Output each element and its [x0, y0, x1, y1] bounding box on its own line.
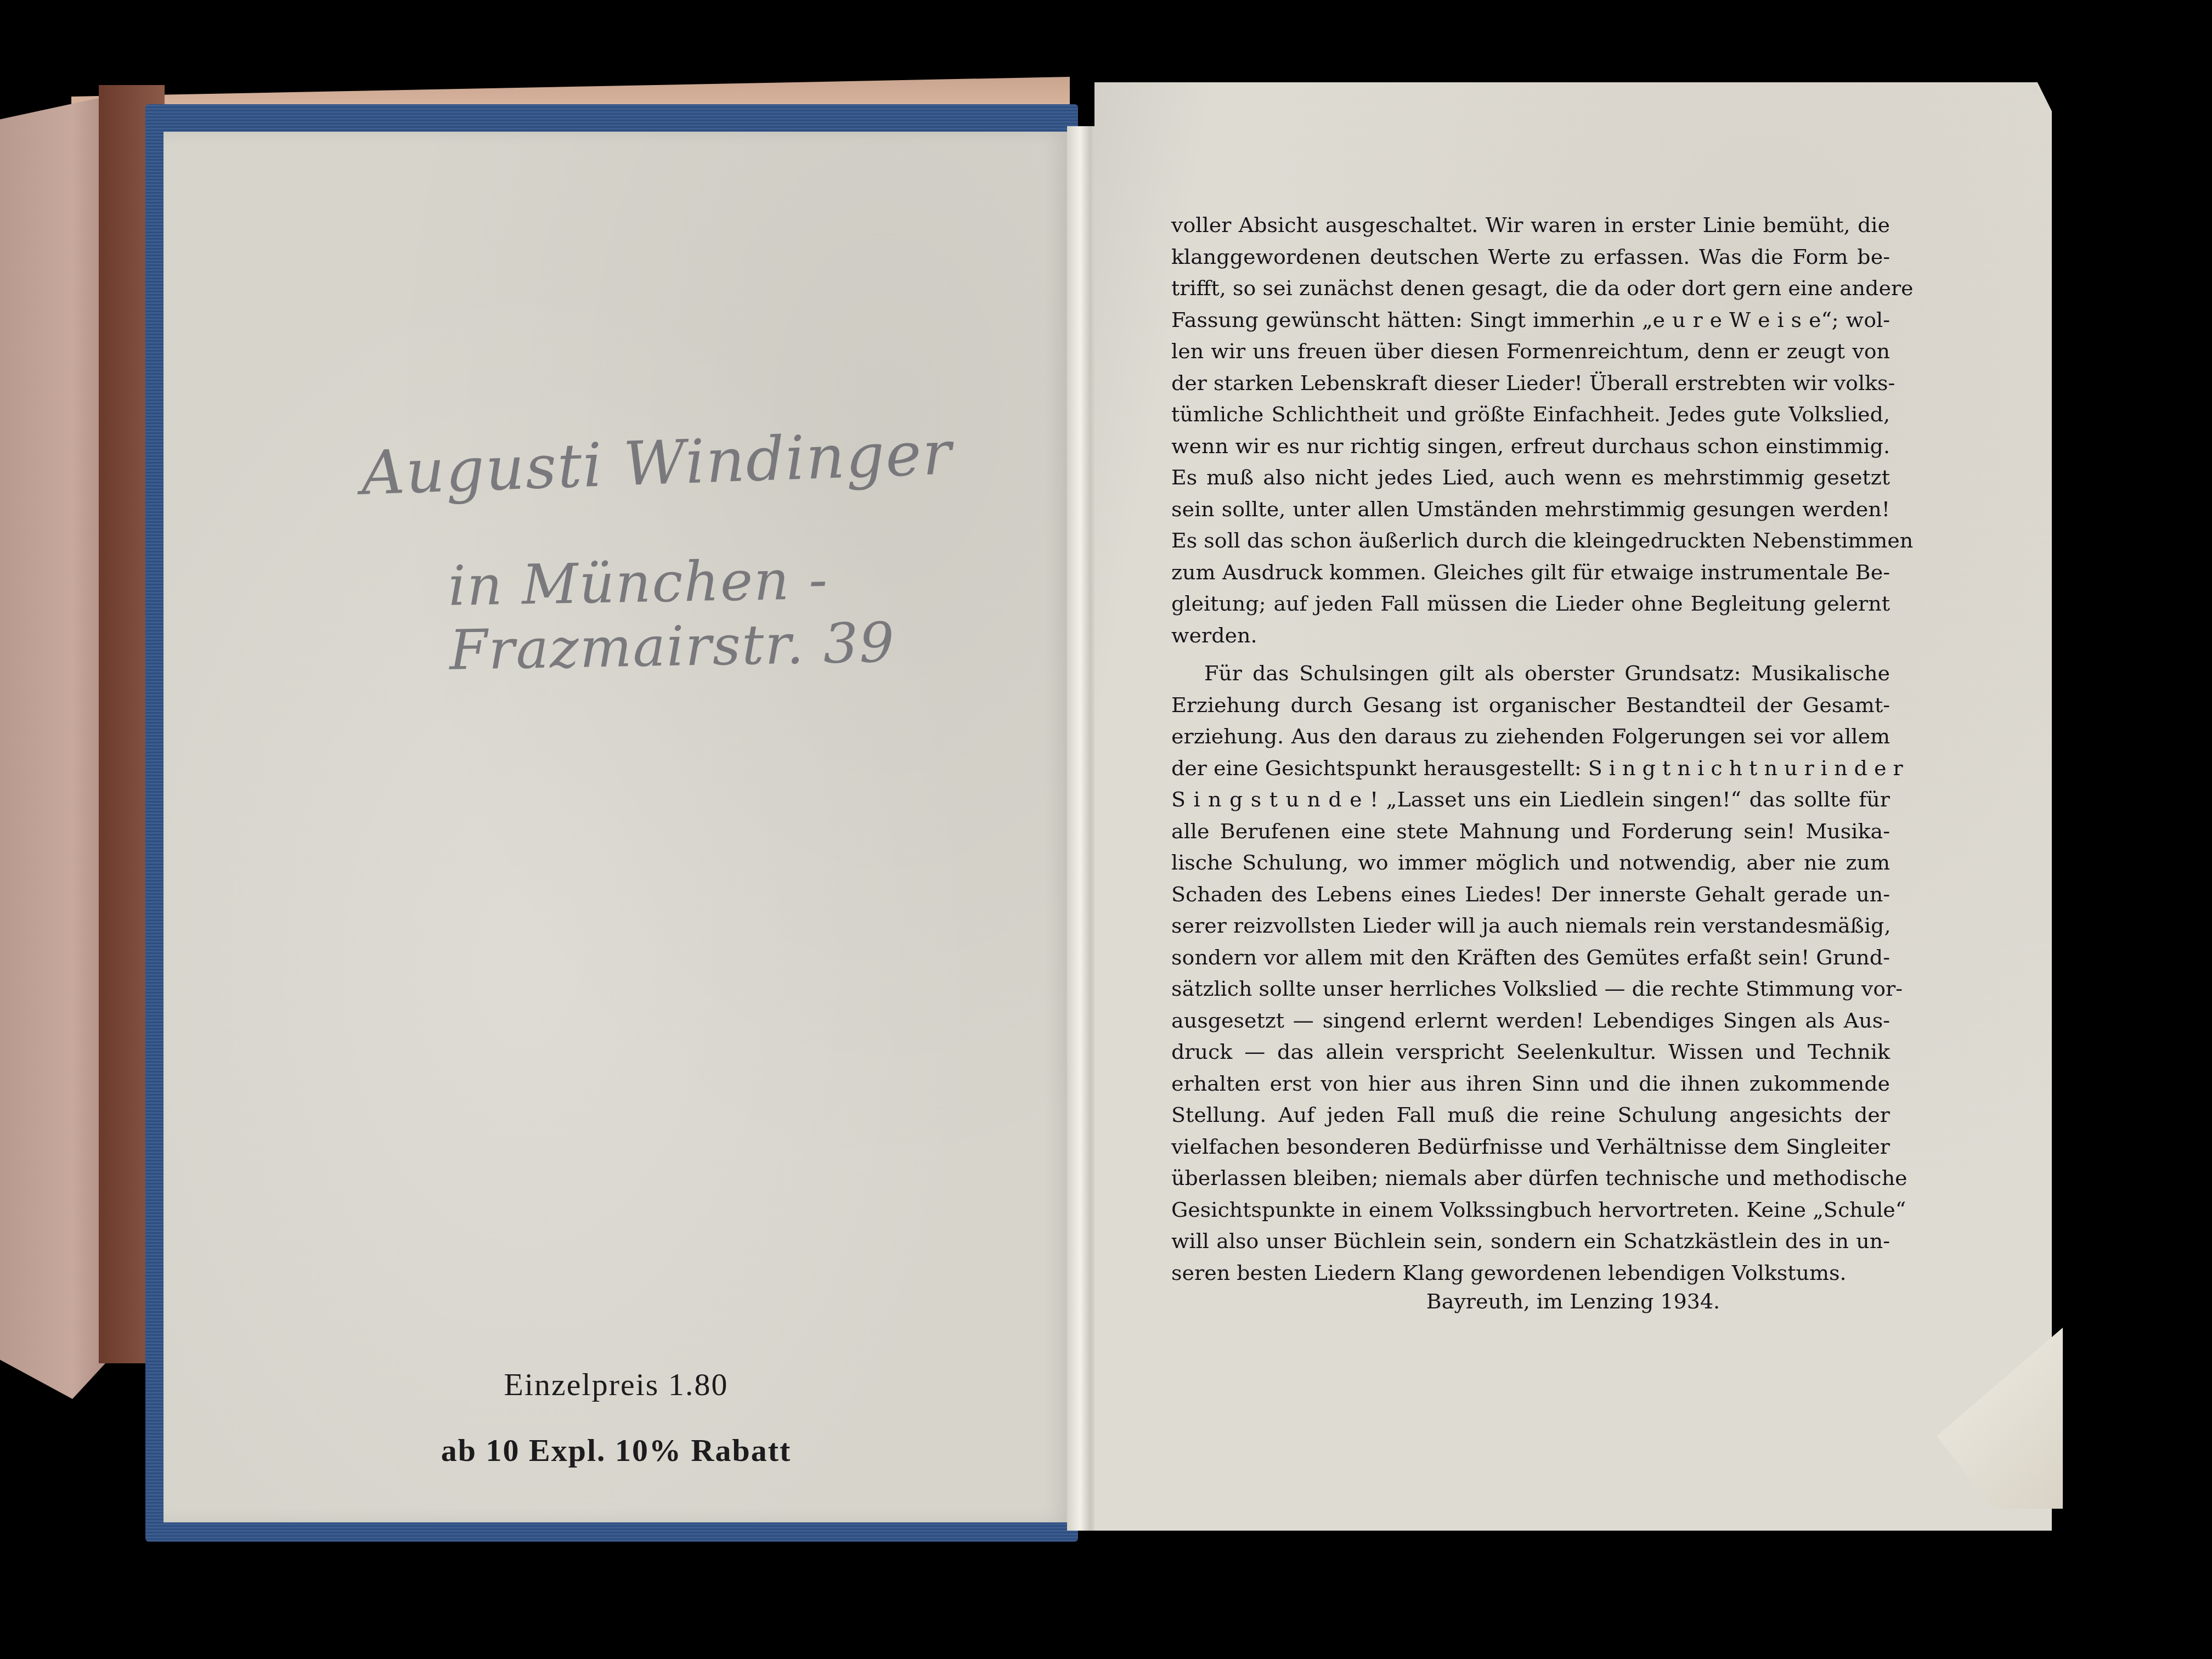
- text-line: gleitung; auf jeden Fall müssen die Lied…: [1171, 588, 1890, 620]
- text-line: sondern vor allem mit den Kräften des Ge…: [1171, 942, 1890, 974]
- foreword-body: voller Absicht ausgeschaltet. Wir waren …: [1171, 210, 1890, 1289]
- price-single-copy: Einzelpreis 1.80: [163, 1366, 1069, 1403]
- text-line: sätzlich sollte unser herrliches Volksli…: [1171, 973, 1890, 1005]
- text-line: ausgesetzt — singend erlernt werden! Leb…: [1171, 1005, 1890, 1037]
- text-line: Stellung. Auf jeden Fall muß die reine S…: [1171, 1099, 1890, 1131]
- right-page-text: voller Absicht ausgeschaltet. Wir waren …: [1094, 82, 2052, 1531]
- text-line: lische Schulung, wo immer möglich und no…: [1171, 847, 1890, 879]
- paragraph-1: voller Absicht ausgeschaltet. Wir waren …: [1171, 210, 1890, 651]
- text-line: klanggewordenen deutschen Werte zu erfas…: [1171, 241, 1890, 273]
- paragraph-2: Für das Schulsingen gilt als oberster Gr…: [1171, 658, 1890, 1289]
- text-line: trifft, so sei zunächst denen gesagt, di…: [1171, 273, 1890, 304]
- text-line: überlassen bleiben; niemals aber dürfen …: [1171, 1163, 1890, 1194]
- text-line: voller Absicht ausgeschaltet. Wir waren …: [1171, 210, 1890, 241]
- text-line: seren besten Liedern Klang gewordenen le…: [1171, 1257, 1890, 1289]
- text-line: tümliche Schlichtheit und größte Einfach…: [1171, 399, 1890, 431]
- handwritten-name: Augusti Windinger: [360, 417, 953, 509]
- text-line: der eine Gesichtspunkt herausgestellt: S…: [1171, 753, 1890, 785]
- text-line: wenn wir es nur richtig singen, erfreut …: [1171, 431, 1890, 462]
- text-line: erziehung. Aus den daraus zu ziehenden F…: [1171, 721, 1890, 753]
- text-line: Gesichtspunkte in einem Volkssingbuch he…: [1171, 1194, 1890, 1226]
- text-line: S i n g s t u n d e ! „Lasset uns ein Li…: [1171, 784, 1890, 816]
- text-line: serer reizvollsten Lieder will ja auch n…: [1171, 910, 1890, 942]
- text-line: will also unser Büchlein sein, sondern e…: [1171, 1226, 1890, 1257]
- text-line: erhalten erst von hier aus ihren Sinn un…: [1171, 1068, 1890, 1100]
- text-line: Für das Schulsingen gilt als oberster Gr…: [1171, 658, 1890, 690]
- text-line: sein sollte, unter allen Umständen mehrs…: [1171, 494, 1890, 526]
- text-line: Fassung gewünscht hätten: Singt immerhin…: [1171, 304, 1890, 336]
- handwritten-address: in München - Frazmairstr. 39: [448, 543, 1070, 682]
- paragraph-gap: [1171, 651, 1890, 658]
- text-line: Erziehung durch Gesang ist organischer B…: [1171, 690, 1890, 721]
- text-line: der starken Lebenskraft dieser Lieder! Ü…: [1171, 368, 1890, 399]
- price-bulk-discount: ab 10 Expl. 10% Rabatt: [163, 1432, 1069, 1469]
- text-line: druck — das allein verspricht Seelenkult…: [1171, 1036, 1890, 1068]
- text-line: Es soll das schon äußerlich durch die kl…: [1171, 525, 1890, 557]
- text-line: Es muß also nicht jedes Lied, auch wenn …: [1171, 462, 1890, 494]
- text-line: zum Ausdruck kommen. Gleiches gilt für e…: [1171, 557, 1890, 589]
- place-date-signature: Bayreuth, im Lenzing 1934.: [1094, 1289, 2052, 1313]
- text-line: len wir uns freuen über diesen Formenrei…: [1171, 336, 1890, 368]
- text-line: Schaden des Lebens eines Liedes! Der inn…: [1171, 879, 1890, 911]
- text-line: vielfachen besonderen Bedürfnisse und Ve…: [1171, 1131, 1890, 1163]
- text-line: alle Berufenen eine stete Mahnung und Fo…: [1171, 816, 1890, 848]
- text-line: werden.: [1171, 620, 1890, 652]
- left-page-endpaper: Augusti Windinger in München - Frazmairs…: [163, 132, 1069, 1522]
